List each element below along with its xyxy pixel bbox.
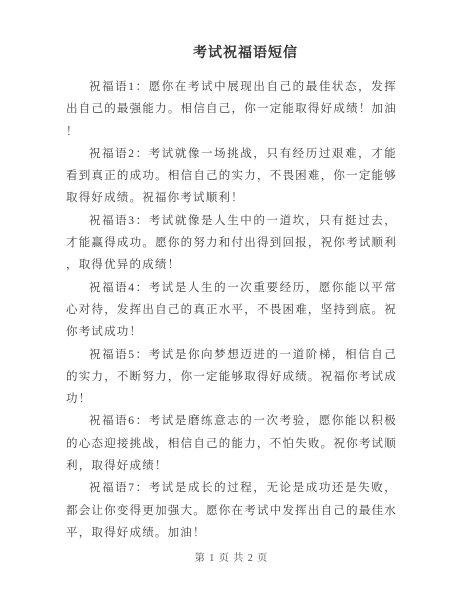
blessing-paragraph-3: 祝福语3：考试就像是人生中的一道坎，只有挺过去，才能赢得成功。愿你的努力和付出得… <box>66 210 397 277</box>
page-number-footer: 第 1 页 共 2 页 <box>0 552 463 566</box>
document-title: 考试祝福语短信 <box>0 0 463 62</box>
blessing-paragraph-1: 祝福语1：愿你在考试中展现出自己的最佳状态，发挥出自己的最强能力。相信自己，你一… <box>66 76 397 143</box>
blessing-paragraph-5: 祝福语5：考试是你向梦想迈进的一道阶梯，相信自己的实力，不断努力，你一定能够取得… <box>66 344 397 411</box>
blessing-paragraph-2: 祝福语2：考试就像一场挑战，只有经历过艰难，才能看到真正的成功。相信自己的实力，… <box>66 143 397 210</box>
blessing-paragraph-6: 祝福语6：考试是磨练意志的一次考验，愿你能以积极的心态迎接挑战，相信自己的能力，… <box>66 410 397 477</box>
document-body: 祝福语1：愿你在考试中展现出自己的最佳状态，发挥出自己的最强能力。相信自己，你一… <box>66 76 397 544</box>
document-page: 考试祝福语短信 祝福语1：愿你在考试中展现出自己的最佳状态，发挥出自己的最强能力… <box>0 0 463 600</box>
blessing-paragraph-4: 祝福语4：考试是人生的一次重要经历，愿你能以平常心对待，发挥出自己的真正水平，不… <box>66 277 397 344</box>
blessing-paragraph-7: 祝福语7：考试是成长的过程，无论是成功还是失败，都会让你变得更加强大。愿你在考试… <box>66 477 397 544</box>
